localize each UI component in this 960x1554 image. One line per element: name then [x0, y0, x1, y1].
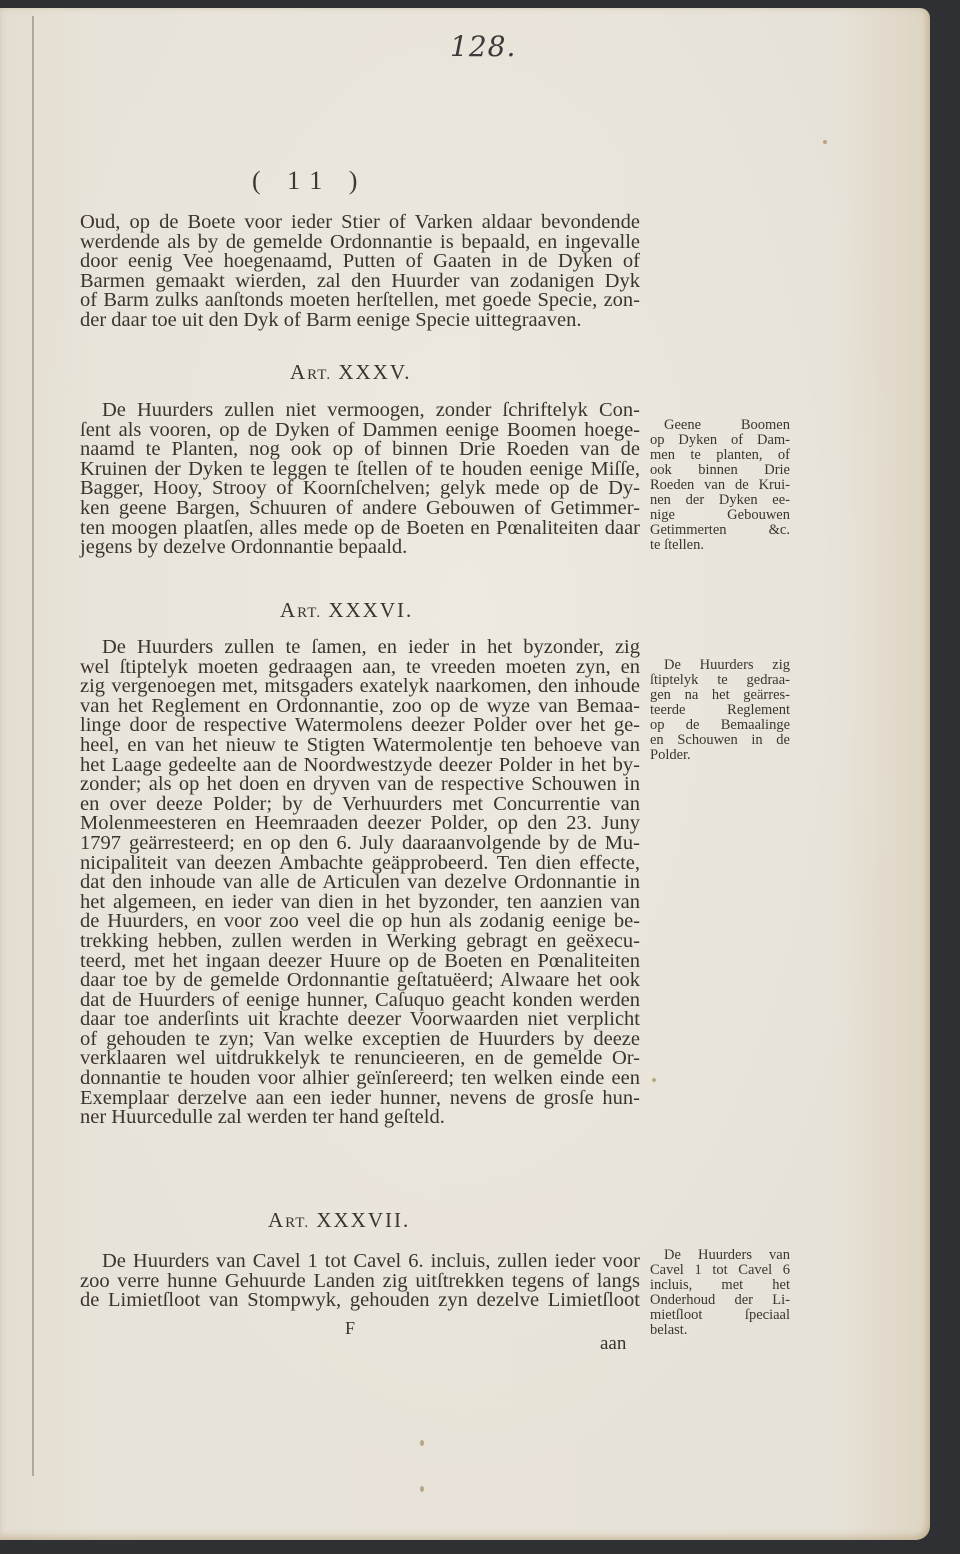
article-heading-36: ART. XXXVI. — [280, 598, 413, 623]
handwritten-folio-number: 128. — [450, 30, 516, 63]
text-line: heel, en van het nieuw te Stigten Waterm… — [80, 736, 640, 756]
text-line: ner Huurcedulle zal werden ter hand geſt… — [80, 1108, 640, 1128]
text-line: de Limietſloot van Stompwyk, gehouden zy… — [80, 1291, 640, 1311]
text-line: naamd te Planten, nog ook op of binnen D… — [80, 440, 640, 460]
catchword: aan — [600, 1333, 626, 1355]
signature-mark: F — [345, 1318, 355, 1339]
text-line: zonder; als op het doen en dryven van de… — [80, 775, 640, 795]
margin-note-36: De Huurders zig ſtiptelyk te gedraa- gen… — [650, 658, 790, 763]
text-line: der daar toe uit den Dyk of Barm eenige … — [80, 311, 640, 331]
margin-note-35: Geene Boomen op Dyken of Dam- men te pla… — [650, 418, 790, 553]
text-line: 1797 geärresteerd; en op den 6. July daa… — [80, 834, 640, 854]
article-heading-35: ART. XXXV. — [290, 360, 412, 385]
text-line: dat den inhoude van alle de Articulen va… — [80, 873, 640, 893]
page-number: ( 11 ) — [252, 166, 367, 196]
text-line: jegens by dezelve Ordonnantie bepaald. — [80, 538, 640, 558]
margin-note-37: De Huurders van Cavel 1 tot Cavel 6 incl… — [650, 1248, 790, 1338]
document-page: 128. ( 11 ) Oud, op de Boete voor ieder … — [0, 8, 930, 1540]
article-heading-37: ART. XXXVII. — [268, 1208, 410, 1233]
paper-speck — [823, 140, 827, 144]
text-line: donnantie te houden voor alhier geïnſere… — [80, 1069, 640, 1089]
text-line: De Huurders zullen niet vermoogen, zonde… — [80, 401, 640, 421]
text-line: ken geene Bargen, Schuuren of andere Geb… — [80, 499, 640, 519]
paper-speck — [420, 1440, 424, 1446]
text-line: door eenig Vee hoegenaamd, Putten of Gaa… — [80, 252, 640, 272]
text-line: daar toe by de gemelde Ordonnantie geſta… — [80, 971, 640, 991]
text-line: zig vergenoegen met, mitsgaders exatelyk… — [80, 677, 640, 697]
text-line: De Huurders van Cavel 1 tot Cavel 6. inc… — [80, 1252, 640, 1272]
text-line: Oud, op de Boete voor ieder Stier of Var… — [80, 213, 640, 233]
binding-fold-line — [32, 16, 34, 1476]
text-line: de Huurders, en voor zoo veel die op hun… — [80, 912, 640, 932]
article-35-body: De Huurders zullen niet vermoogen, zonde… — [80, 401, 640, 558]
article-36-body: De Huurders zullen te ſamen, en ieder in… — [80, 638, 640, 1128]
article-37-body: De Huurders van Cavel 1 tot Cavel 6. inc… — [80, 1252, 640, 1311]
text-line: De Huurders zullen te ſamen, en ieder in… — [80, 638, 640, 658]
paper-speck — [652, 1078, 656, 1082]
text-line: daar toe anderſints uit krachte deezer V… — [80, 1010, 640, 1030]
opening-paragraph: Oud, op de Boete voor ieder Stier of Var… — [80, 213, 640, 331]
paper-speck — [420, 1486, 424, 1492]
text-line: trekking hebben, zullen werden in Werkin… — [80, 932, 640, 952]
text-line: Molenmeesteren en Heemraaden deezer Pold… — [80, 814, 640, 834]
